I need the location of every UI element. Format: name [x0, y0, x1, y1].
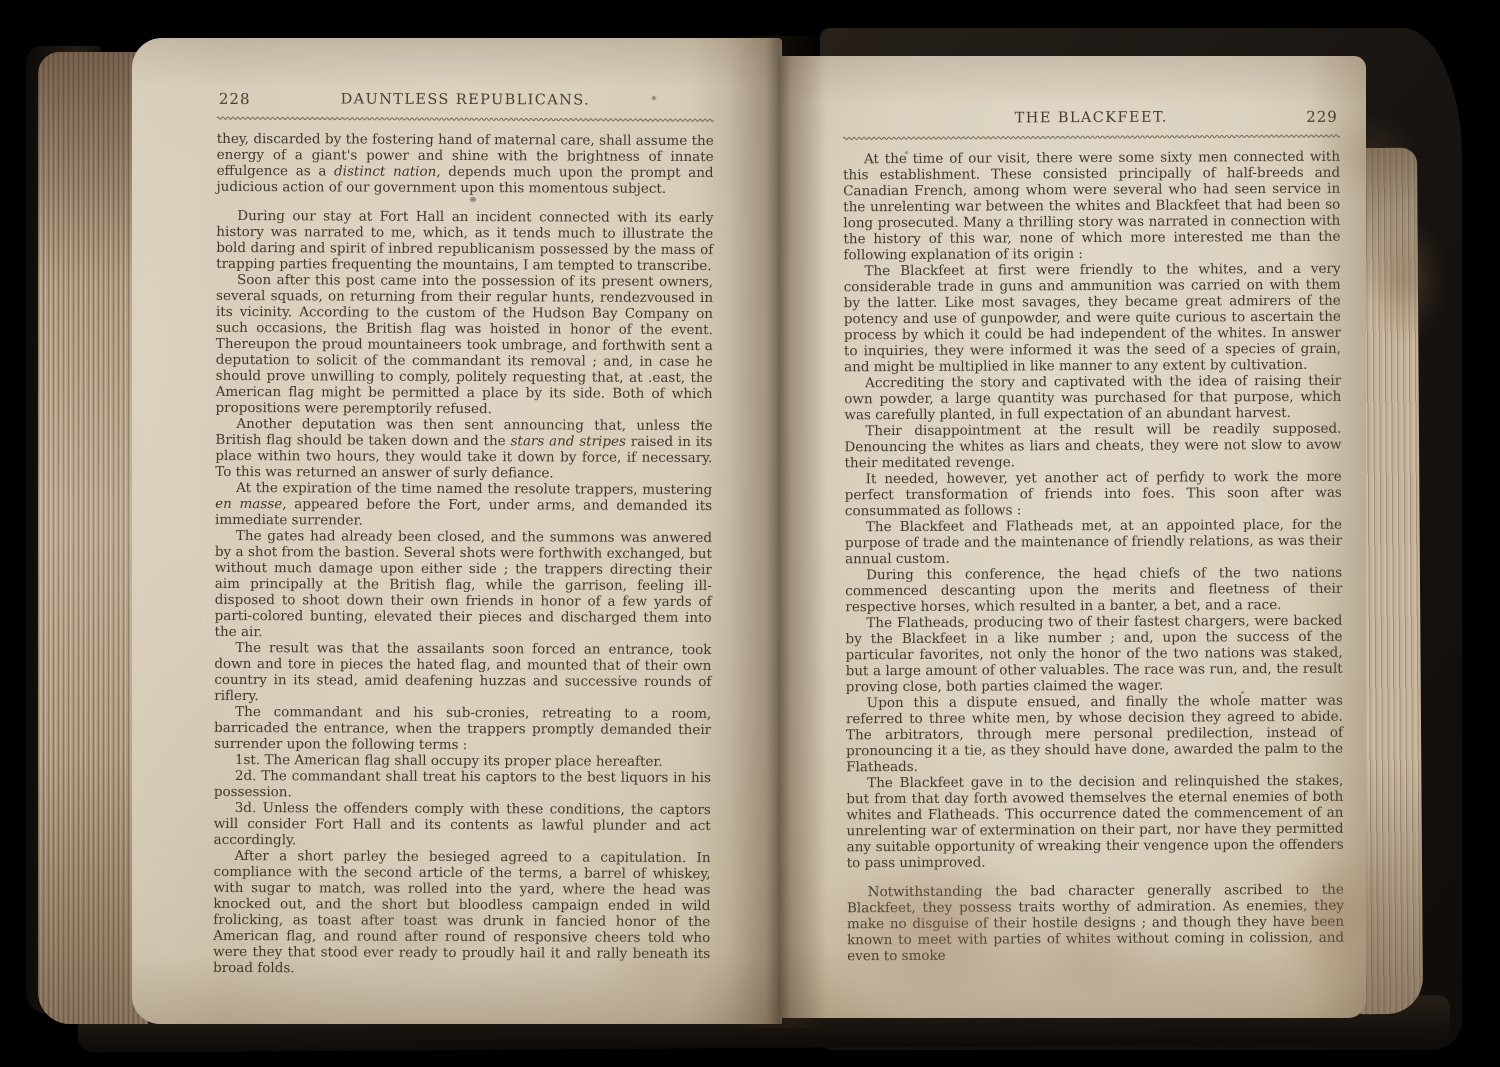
- left-page-text: they, discarded by the fostering hand of…: [213, 131, 714, 978]
- header-wavy-rule: [843, 133, 1340, 142]
- right-page-header: THE BLACKFEET. 229: [843, 109, 1340, 132]
- paragraph: During our stay at Fort Hall an incident…: [216, 208, 713, 274]
- paragraph: Soon after this post came into the posse…: [216, 272, 714, 418]
- paragraph: After a short parley the besieged agreed…: [213, 848, 711, 978]
- paragraph: Notwithstanding the bad character genera…: [847, 882, 1344, 965]
- paragraph: At the expiration of the time named the …: [215, 480, 712, 530]
- paragraph: The gates had already been closed, and t…: [215, 528, 712, 642]
- right-page: THE BLACKFEET. 229 At the time of our vi…: [843, 109, 1344, 965]
- left-page: 228 DAUNTLESS REPUBLICANS. they, discard…: [213, 91, 714, 978]
- paragraph: Their disappointment at the result will …: [844, 421, 1341, 472]
- right-running-head: THE BLACKFEET.: [1015, 110, 1168, 127]
- paragraph: At the time of our visit, there were som…: [843, 149, 1341, 264]
- paragraph: The Flatheads, producing two of their fa…: [845, 613, 1342, 696]
- left-page-header: 228 DAUNTLESS REPUBLICANS.: [217, 91, 714, 113]
- paragraph: During this conference, the head chiefs …: [845, 565, 1342, 616]
- paragraph: 2d. The commandant shall treat his capto…: [214, 768, 711, 802]
- book-photo: 228 DAUNTLESS REPUBLICANS. they, discard…: [0, 0, 1500, 1067]
- paragraph: they, discarded by the fostering hand of…: [216, 131, 713, 197]
- paragraph: The commandant and his sub-cronies, retr…: [214, 704, 711, 754]
- header-wavy-rule: [217, 115, 714, 123]
- paragraph: 3d. Unless the offenders comply with the…: [214, 800, 711, 850]
- right-page-text: At the time of our visit, there were som…: [843, 149, 1344, 965]
- paragraph: Another deputation was then sent announc…: [215, 416, 712, 482]
- paragraph: It needed, however, yet another act of p…: [845, 469, 1342, 520]
- paragraph: The Blackfeet at first were friendly to …: [844, 261, 1342, 376]
- paragraph: The result was that the assailants soon …: [214, 640, 711, 706]
- right-page-number: 229: [1306, 109, 1338, 125]
- paragraph: The Blackfeet and Flatheads met, at an a…: [845, 517, 1342, 568]
- paragraph: Upon this a dispute ensued, and finally …: [846, 693, 1343, 776]
- paragraph: Accrediting the story and captivated wit…: [844, 373, 1341, 424]
- left-page-number: 228: [219, 91, 251, 107]
- gutter-shadow: [728, 36, 828, 1028]
- left-running-head: DAUNTLESS REPUBLICANS.: [341, 91, 591, 108]
- paragraph: The Blackfeet gave in to the decision an…: [846, 773, 1343, 872]
